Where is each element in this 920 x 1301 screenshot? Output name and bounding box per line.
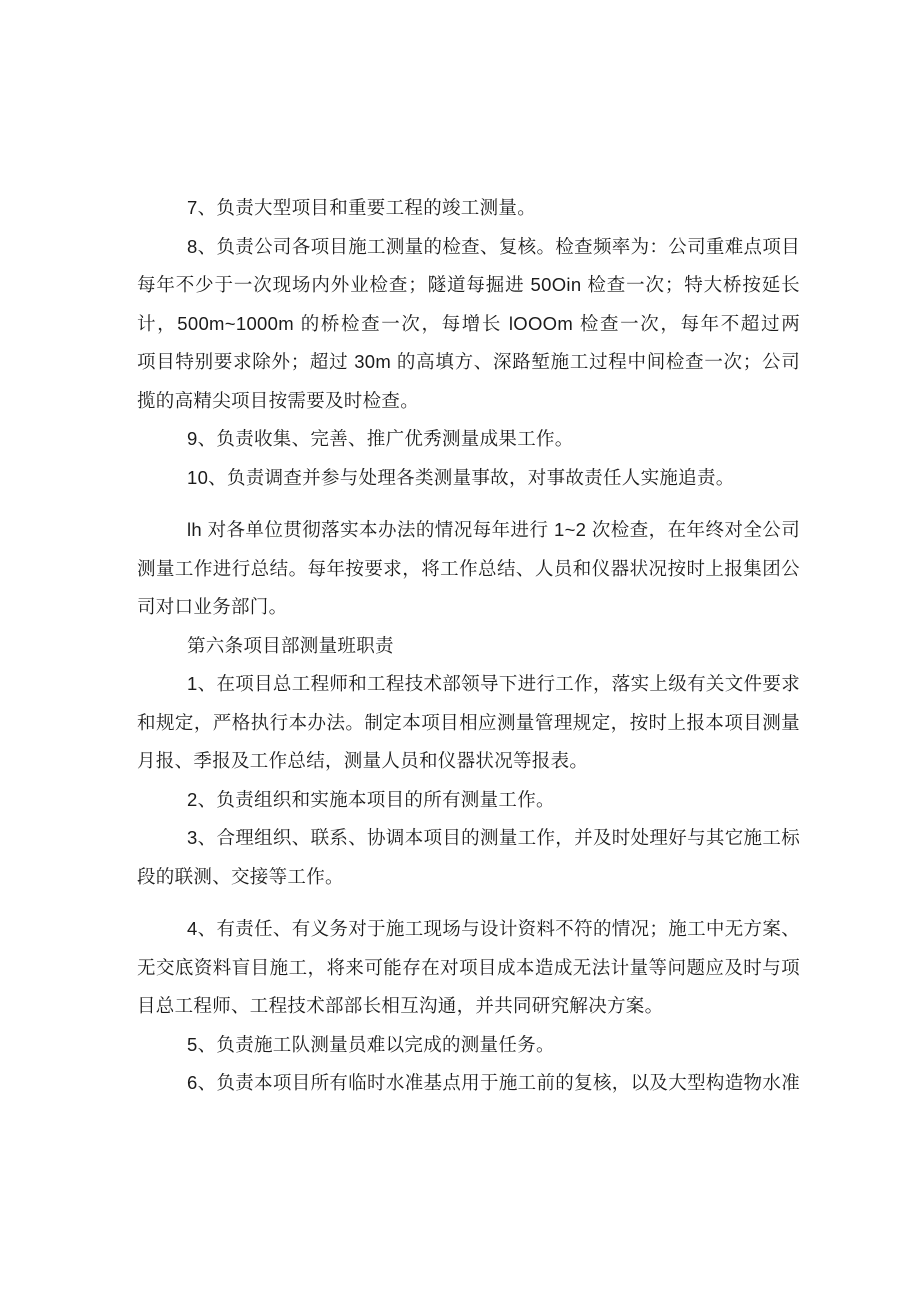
text-line: lh 对各单位贯彻落实本办法的情况每年进行 1~2 次检查，在年终对全公司 xyxy=(137,511,800,550)
document-body: 7、负责大型项目和重要工程的竣工测量。8、负责公司各项目施工测量的检查、复核。检… xyxy=(137,189,800,1103)
text-line: 8、负责公司各项目施工测量的检查、复核。检查频率为：公司重难点项目 xyxy=(137,228,800,267)
text-line: 揽的高精尖项目按需要及时检查。 xyxy=(137,382,800,421)
document-page: 7、负责大型项目和重要工程的竣工测量。8、负责公司各项目施工测量的检查、复核。检… xyxy=(0,0,920,1301)
text-line: 7、负责大型项目和重要工程的竣工测量。 xyxy=(137,189,800,228)
text-line: 段的联测、交接等工作。 xyxy=(137,858,800,897)
text-line: 无交底资料盲目施工，将来可能存在对项目成本造成无法计量等问题应及时与项 xyxy=(137,949,800,988)
text-line: 4、有责任、有义务对于施工现场与设计资料不符的情况；施工中无方案、 xyxy=(137,910,800,949)
text-line: 1、在项目总工程师和工程技术部领导下进行工作，落实上级有关文件要求 xyxy=(137,665,800,704)
text-line: 5、负责施工队测量员难以完成的测量任务。 xyxy=(137,1026,800,1065)
text-line: 目总工程师、工程技术部部长相互沟通，并共同研究解决方案。 xyxy=(137,987,800,1026)
text-line: 月报、季报及工作总结，测量人员和仪器状况等报表。 xyxy=(137,742,800,781)
text-line: 6、负责本项目所有临时水准基点用于施工前的复核，以及大型构造物水准 xyxy=(137,1064,800,1103)
text-line: 2、负责组织和实施本项目的所有测量工作。 xyxy=(137,781,800,820)
text-line: 10、负责调查并参与处理各类测量事故，对事故责任人实施追责。 xyxy=(137,459,800,498)
text-line: 司对口业务部门。 xyxy=(137,588,800,627)
text-line: 计，500m~1000m 的桥检查一次，每增长 lOOOm 检查一次，每年不超过… xyxy=(137,305,800,344)
text-line: 9、负责收集、完善、推广优秀测量成果工作。 xyxy=(137,420,800,459)
text-line: 3、合理组织、联系、协调本项目的测量工作，并及时处理好与其它施工标 xyxy=(137,819,800,858)
text-line: 项目特别要求除外；超过 30m 的高填方、深路堑施工过程中间检查一次；公司承 xyxy=(137,343,800,382)
text-line: 和规定，严格执行本办法。制定本项目相应测量管理规定，按时上报本项目测量 xyxy=(137,704,800,743)
text-line: 第六条项目部测量班职责 xyxy=(137,627,800,666)
text-line: 每年不少于一次现场内外业检查；隧道每掘进 50Oin 检查一次；特大桥按延长米 xyxy=(137,266,800,305)
text-line: 测量工作进行总结。每年按要求，将工作总结、人员和仪器状况按时上报集团公 xyxy=(137,550,800,589)
